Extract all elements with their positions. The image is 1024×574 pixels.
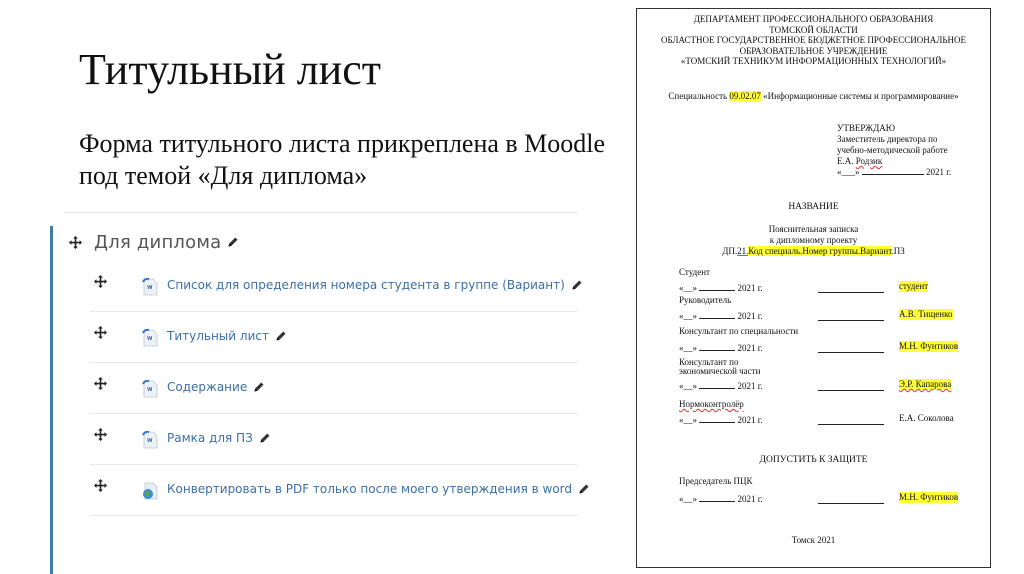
code-line: ДП.21.Код специаль.Номер группы.Вариант.… bbox=[637, 246, 990, 256]
activity-link[interactable]: Рамка для ПЗ bbox=[167, 431, 253, 445]
word-file-icon: W bbox=[142, 431, 158, 449]
svg-text:W: W bbox=[147, 438, 153, 444]
divider bbox=[90, 515, 578, 516]
signature-date: «__» 2021 г. bbox=[679, 311, 763, 322]
doc-header-line: ОБРАЗОВАТЕЛЬНОЕ УЧРЕЖДЕНИЕ bbox=[637, 46, 990, 56]
signature-role: Руководитель bbox=[679, 295, 731, 306]
svg-text:W: W bbox=[147, 387, 153, 393]
doc-header-line: ТОМСКОЙ ОБЛАСТИ bbox=[637, 25, 990, 35]
activity-link[interactable]: Титульный лист bbox=[167, 329, 269, 343]
move-icon[interactable] bbox=[93, 478, 107, 492]
pencil-icon[interactable] bbox=[227, 236, 239, 248]
activity-link[interactable]: Содержание bbox=[167, 380, 247, 394]
signature-role: Консультант поэкономической части bbox=[679, 358, 760, 376]
approval-title: УТВЕРЖДАЮ bbox=[837, 123, 895, 134]
approval-line: Заместитель директора по bbox=[837, 134, 937, 145]
svg-text:W: W bbox=[147, 336, 153, 342]
activity-item[interactable]: W Список для определения номера студента… bbox=[90, 262, 578, 312]
activity-item[interactable]: W Титульный лист bbox=[90, 313, 578, 363]
doc-header-line: «ТОМСКИЙ ТЕХНИКУМ ИНФОРМАЦИОННЫХ ТЕХНОЛО… bbox=[637, 56, 990, 66]
activity-link[interactable]: Список для определения номера студента в… bbox=[167, 278, 565, 292]
word-file-icon: W bbox=[142, 329, 158, 347]
signature-role: Консультант по специальности bbox=[679, 326, 798, 337]
pencil-icon[interactable] bbox=[259, 432, 271, 444]
signature-role: Нормоконтролёр bbox=[679, 399, 744, 410]
svg-text:W: W bbox=[147, 285, 153, 291]
signature-line bbox=[818, 503, 884, 504]
admit-title: ДОПУСТИТЬ К ЗАЩИТЕ bbox=[637, 455, 990, 465]
move-icon[interactable] bbox=[93, 274, 107, 288]
approval-line: учебно-методической работе bbox=[837, 145, 948, 156]
signature-role: Студент bbox=[679, 267, 710, 278]
title-page-document: ДЕПАРТАМЕНТ ПРОФЕССИОНАЛЬНОГО ОБРАЗОВАНИ… bbox=[636, 8, 991, 568]
move-icon[interactable] bbox=[68, 235, 82, 249]
section-name[interactable]: Для диплома bbox=[94, 232, 221, 253]
slide-title: Титульный лист bbox=[79, 44, 381, 96]
signature-name: Е.А. Соколова bbox=[899, 413, 954, 424]
doc-footer: Томск 2021 bbox=[637, 535, 990, 545]
signature-line bbox=[818, 292, 884, 293]
url-globe-icon bbox=[142, 482, 158, 500]
signature-line bbox=[818, 352, 884, 353]
divider bbox=[90, 362, 578, 363]
work-title: НАЗВАНИЕ bbox=[637, 202, 990, 212]
divider bbox=[90, 413, 578, 414]
signature-name: М.Н. Фунтиков bbox=[899, 341, 958, 352]
word-file-icon: W bbox=[142, 380, 158, 398]
signature-line bbox=[818, 320, 884, 321]
chair-name: М.Н. Фунтиков bbox=[899, 492, 958, 503]
section-accent-bar bbox=[50, 226, 53, 574]
activity-item[interactable]: W Содержание bbox=[90, 364, 578, 414]
signature-name: Э.Р. Капарова bbox=[899, 379, 951, 390]
divider bbox=[90, 464, 578, 465]
word-file-icon: W bbox=[142, 278, 158, 296]
signature-name: А.В. Тищенко bbox=[899, 309, 953, 320]
chair-role: Председатель ПЦК bbox=[679, 476, 753, 487]
pencil-icon[interactable] bbox=[275, 330, 287, 342]
doc-header-line: ОБЛАСТНОЕ ГОСУДАРСТВЕННОЕ БЮДЖЕТНОЕ ПРОФ… bbox=[637, 35, 990, 45]
moodle-section-panel: Для диплома W Список для определения ном… bbox=[48, 212, 578, 574]
slide-subtitle: Форма титульного листа прикреплена в Moo… bbox=[79, 128, 619, 192]
divider bbox=[90, 311, 578, 312]
note-line: Пояснительная записка bbox=[637, 224, 990, 234]
signature-date: «__» 2021 г. bbox=[679, 415, 763, 426]
section-header: Для диплома bbox=[68, 229, 239, 255]
signature-date: «__» 2021 г. bbox=[679, 343, 763, 354]
divider bbox=[64, 212, 578, 213]
signature-line bbox=[818, 424, 884, 425]
signature-name: студент bbox=[899, 281, 928, 292]
activity-item[interactable]: W Рамка для ПЗ bbox=[90, 415, 578, 465]
pencil-icon[interactable] bbox=[571, 279, 583, 291]
approval-name: Е.А. Родзик bbox=[837, 156, 882, 167]
move-icon[interactable] bbox=[93, 325, 107, 339]
signature-line bbox=[818, 390, 884, 391]
activity-link[interactable]: Конвертировать в PDF только после моего … bbox=[167, 482, 572, 496]
note-line: к дипломному проекту bbox=[637, 235, 990, 245]
signature-date: «__» 2021 г. bbox=[679, 381, 763, 392]
move-icon[interactable] bbox=[93, 376, 107, 390]
move-icon[interactable] bbox=[93, 427, 107, 441]
specialty-code: 09.02.07 bbox=[729, 91, 761, 101]
approval-date: «___» 2021 г. bbox=[837, 167, 951, 178]
specialty-line: Специальность 09.02.07 «Информационные с… bbox=[637, 91, 990, 101]
doc-header-line: ДЕПАРТАМЕНТ ПРОФЕССИОНАЛЬНОГО ОБРАЗОВАНИ… bbox=[637, 14, 990, 24]
signature-date: «__» 2021 г. bbox=[679, 283, 763, 294]
activity-item[interactable]: Конвертировать в PDF только после моего … bbox=[90, 466, 578, 516]
pencil-icon[interactable] bbox=[253, 381, 265, 393]
pencil-icon[interactable] bbox=[578, 483, 590, 495]
chair-date: «__» 2021 г. bbox=[679, 494, 763, 505]
